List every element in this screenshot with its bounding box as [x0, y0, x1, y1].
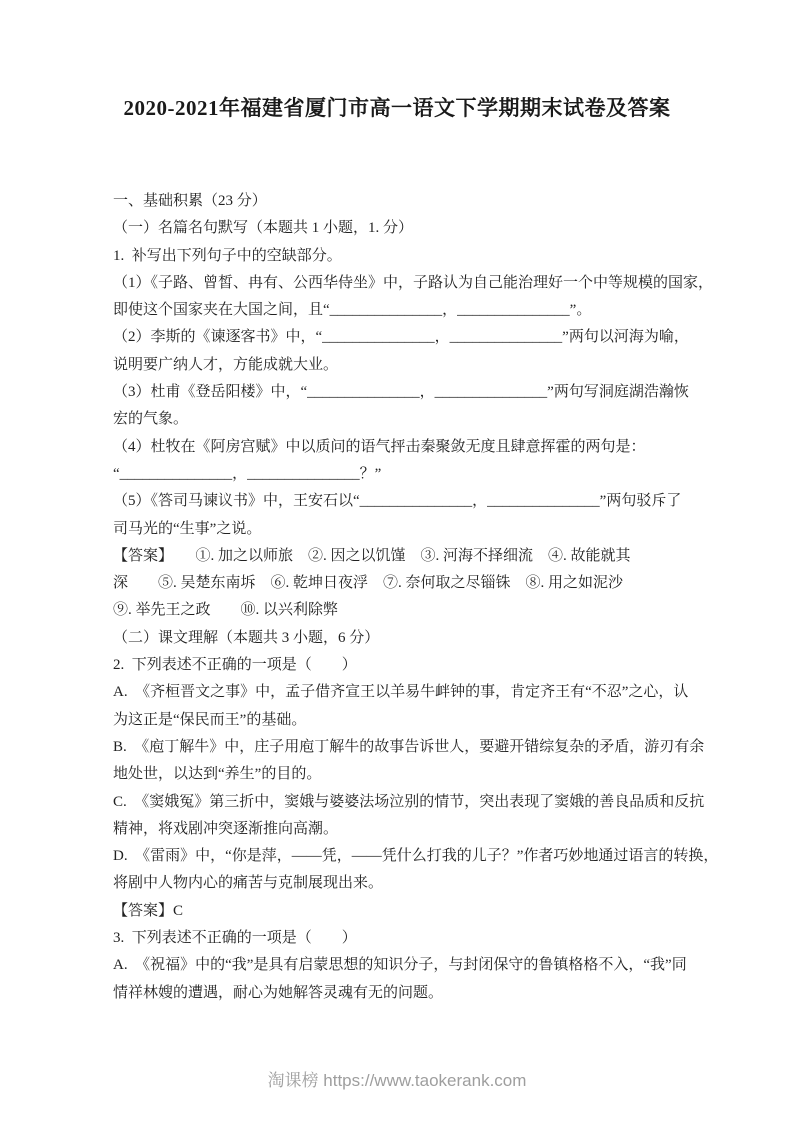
- text-line: 【答案】 ①. 加之以师旅 ②. 因之以饥馑 ③. 河海不择细流 ④. 故能就其: [113, 543, 713, 570]
- text-line: （3）杜甫《登岳阳楼》中，“_______________，__________…: [113, 379, 713, 406]
- text-line: 情祥林嫂的遭遇，耐心为她解答灵魂有无的问题。: [113, 980, 713, 1007]
- text-line: 一、基础积累（23 分）: [113, 188, 713, 215]
- text-line: 即使这个国家夹在大国之间，且“_______________，_________…: [113, 297, 713, 324]
- text-line: 1. 补写出下列句子中的空缺部分。: [113, 243, 713, 270]
- page-title: 2020-2021年福建省厦门市高一语文下学期期末试卷及答案: [0, 92, 794, 122]
- text-line: 司马光的“生事”之说。: [113, 516, 713, 543]
- text-line: 为这正是“保民而王”的基础。: [113, 707, 713, 734]
- text-line: 将剧中人物内心的痛苦与克制展现出来。: [113, 870, 713, 897]
- text-line: B. 《庖丁解牛》中，庄子用庖丁解牛的故事告诉世人，要避开错综复杂的矛盾，游刃有…: [113, 734, 713, 761]
- exam-page: 2020-2021年福建省厦门市高一语文下学期期末试卷及答案 一、基础积累（23…: [0, 0, 794, 1122]
- text-line: C. 《窦娥冤》第三折中，窦娥与婆婆法场泣别的情节，突出表现了窦娥的善良品质和反…: [113, 789, 713, 816]
- footer-watermark-link[interactable]: 淘课榜 https://www.taokerank.com: [268, 1071, 527, 1090]
- text-line: 【答案】C: [113, 898, 713, 925]
- text-line: 3. 下列表述不正确的一项是（ ）: [113, 925, 713, 952]
- text-line: （一）名篇名句默写（本题共 1 小题，1. 分）: [113, 215, 713, 242]
- text-line: 深 ⑤. 吴楚东南坼 ⑥. 乾坤日夜浮 ⑦. 奈何取之尽锱铢 ⑧. 用之如泥沙: [113, 570, 713, 597]
- footer: 淘课榜 https://www.taokerank.com: [0, 1066, 794, 1091]
- text-line: （1）《子路、曾皙、冉有、公西华侍坐》中，子路认为自己能治理好一个中等规模的国家…: [113, 270, 713, 297]
- text-line: D. 《雷雨》中，“你是萍，——凭，——凭什么打我的儿子？”作者巧妙地通过语言的…: [113, 843, 713, 870]
- document-body: 一、基础积累（23 分）（一）名篇名句默写（本题共 1 小题，1. 分）1. 补…: [113, 188, 713, 1007]
- text-line: 说明要广纳人才，方能成就大业。: [113, 352, 713, 379]
- text-line: （2）李斯的《谏逐客书》中，“_______________，_________…: [113, 324, 713, 351]
- text-line: A. 《齐桓晋文之事》中，孟子借齐宣王以羊易牛衅钟的事，肯定齐王有“不忍”之心，…: [113, 679, 713, 706]
- text-line: （5）《答司马谏议书》中，王安石以“_______________，______…: [113, 488, 713, 515]
- text-line: （二）课文理解（本题共 3 小题，6 分）: [113, 625, 713, 652]
- text-line: “_______________，_______________？”: [113, 461, 713, 488]
- text-line: ⑨. 举先王之政 ⑩. 以兴利除弊: [113, 597, 713, 624]
- text-line: 2. 下列表述不正确的一项是（ ）: [113, 652, 713, 679]
- text-line: 地处世，以达到“养生”的目的。: [113, 761, 713, 788]
- text-line: 宏的气象。: [113, 406, 713, 433]
- text-line: A. 《祝福》中的“我”是具有启蒙思想的知识分子，与封闭保守的鲁镇格格不入，“我…: [113, 952, 713, 979]
- text-line: （4）杜牧在《阿房宫赋》中以质问的语气抨击秦聚敛无度且肆意挥霍的两句是：: [113, 434, 713, 461]
- text-line: 精神，将戏剧冲突逐渐推向高潮。: [113, 816, 713, 843]
